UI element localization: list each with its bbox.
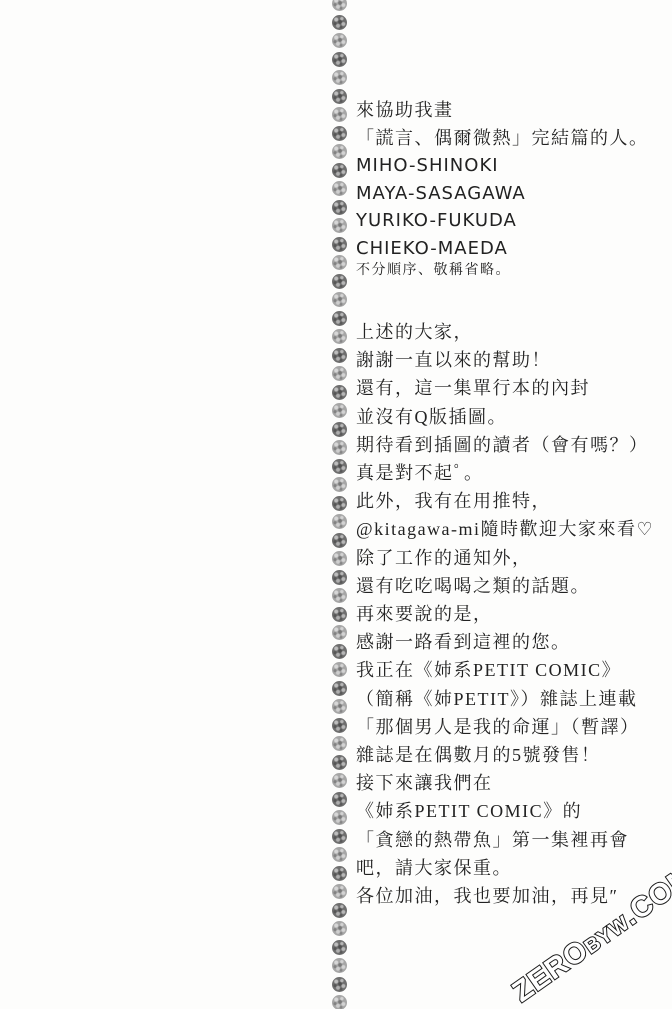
afterword-line: 謝謝一直以來的幫助！ — [356, 346, 662, 374]
afterword-line: 期待看到插圖的讀者（會有嗎？） — [356, 431, 662, 459]
flower-dot-icon — [332, 921, 347, 936]
afterword-line: （簡稱《姉PETIT》）雜誌上連載 — [356, 685, 662, 713]
flower-dot-icon — [332, 311, 347, 326]
afterword-line: 我正在《姉系PETIT COMIC》 — [356, 656, 662, 684]
flower-dot-icon — [332, 533, 347, 548]
credit-name: YURIKO-FUKUDA — [356, 207, 662, 234]
decorative-dots-column — [332, 0, 347, 1009]
afterword-line: 雜誌是在偶數月的5號發售！ — [356, 741, 662, 769]
flower-dot-icon — [332, 792, 347, 807]
flower-dot-icon — [332, 755, 347, 770]
flower-dot-icon — [332, 662, 347, 677]
afterword-lines: 上述的大家，謝謝一直以來的幫助！還有，這一集單行本的內封並沒有Q版插圖。期待看到… — [356, 318, 662, 910]
flower-dot-icon — [332, 736, 347, 751]
flower-dot-icon — [332, 884, 347, 899]
flower-dot-icon — [332, 218, 347, 233]
afterword-line: 真是對不起ﾟ。 — [356, 459, 662, 487]
flower-dot-icon — [332, 144, 347, 159]
flower-dot-icon — [332, 52, 347, 67]
afterword-line: @kitagawa-mi隨時歡迎大家來看♡ — [356, 515, 662, 543]
flower-dot-icon — [332, 403, 347, 418]
flower-dot-icon — [332, 977, 347, 992]
afterword-line: 除了工作的通知外， — [356, 544, 662, 572]
credits-intro-line: 來協助我畫 — [356, 96, 662, 124]
flower-dot-icon — [332, 496, 347, 511]
flower-dot-icon — [332, 163, 347, 178]
credit-name: MAYA-SASAGAWA — [356, 180, 662, 207]
manga-afterword-page: 來協助我畫「謊言、偶爾微熱」完結篇的人。 MIHO-SHINOKIMAYA-SA… — [0, 0, 672, 1009]
flower-dot-icon — [332, 625, 347, 640]
flower-dot-icon — [332, 107, 347, 122]
flower-dot-icon — [332, 385, 347, 400]
flower-dot-icon — [332, 0, 347, 11]
afterword-line: 吧，請大家保重。 — [356, 854, 662, 882]
flower-dot-icon — [332, 329, 347, 344]
flower-dot-icon — [332, 588, 347, 603]
afterword-line: 再來要說的是， — [356, 600, 662, 628]
flower-dot-icon — [332, 477, 347, 492]
flower-dot-icon — [332, 126, 347, 141]
afterword-line: 此外，我有在用推特， — [356, 487, 662, 515]
flower-dot-icon — [332, 348, 347, 363]
flower-dot-icon — [332, 718, 347, 733]
flower-dot-icon — [332, 903, 347, 918]
flower-dot-icon — [332, 644, 347, 659]
flower-dot-icon — [332, 274, 347, 289]
credits-intro-line: 「謊言、偶爾微熱」完結篇的人。 — [356, 124, 662, 152]
afterword-line: 還有，這一集單行本的內封 — [356, 374, 662, 402]
flower-dot-icon — [332, 866, 347, 881]
credit-name: MIHO-SHINOKI — [356, 152, 662, 179]
flower-dot-icon — [332, 829, 347, 844]
credit-name: CHIEKO-MAEDA — [356, 235, 662, 262]
flower-dot-icon — [332, 459, 347, 474]
flower-dot-icon — [332, 699, 347, 714]
flower-dot-icon — [332, 292, 347, 307]
flower-dot-icon — [332, 440, 347, 455]
afterword-content: 來協助我畫「謊言、偶爾微熱」完結篇的人。 MIHO-SHINOKIMAYA-SA… — [356, 0, 662, 910]
flower-dot-icon — [332, 570, 347, 585]
afterword-line: 接下來讓我們在 — [356, 769, 662, 797]
afterword-line: 並沒有Q版插圖。 — [356, 403, 662, 431]
flower-dot-icon — [332, 995, 347, 1009]
flower-dot-icon — [332, 810, 347, 825]
flower-dot-icon — [332, 958, 347, 973]
flower-dot-icon — [332, 237, 347, 252]
flower-dot-icon — [332, 681, 347, 696]
flower-dot-icon — [332, 70, 347, 85]
flower-dot-icon — [332, 255, 347, 270]
flower-dot-icon — [332, 15, 347, 30]
flower-dot-icon — [332, 773, 347, 788]
flower-dot-icon — [332, 514, 347, 529]
flower-dot-icon — [332, 940, 347, 955]
afterword-line: 「那個男人是我的命運」（暫譯） — [356, 713, 662, 741]
flower-dot-icon — [332, 422, 347, 437]
afterword-line: 上述的大家， — [356, 318, 662, 346]
flower-dot-icon — [332, 366, 347, 381]
afterword-line: 還有吃吃喝喝之類的話題。 — [356, 572, 662, 600]
afterword-line: 「貪戀的熱帶魚」第一集裡再會 — [356, 826, 662, 854]
flower-dot-icon — [332, 551, 347, 566]
flower-dot-icon — [332, 847, 347, 862]
credits-name-list: MIHO-SHINOKIMAYA-SASAGAWAYURIKO-FUKUDACH… — [356, 152, 662, 262]
watermark-zero: ZERO — [507, 934, 595, 1009]
afterword-line: 感謝一路看到這裡的您。 — [356, 628, 662, 656]
flower-dot-icon — [332, 181, 347, 196]
credits-note: 不分順序、敬稱省略。 — [356, 262, 662, 280]
flower-dot-icon — [332, 607, 347, 622]
flower-dot-icon — [332, 33, 347, 48]
flower-dot-icon — [332, 89, 347, 104]
flower-dot-icon — [332, 200, 347, 215]
afterword-line: 《姉系PETIT COMIC》的 — [356, 797, 662, 825]
credits-intro: 來協助我畫「謊言、偶爾微熱」完結篇的人。 — [356, 96, 662, 152]
